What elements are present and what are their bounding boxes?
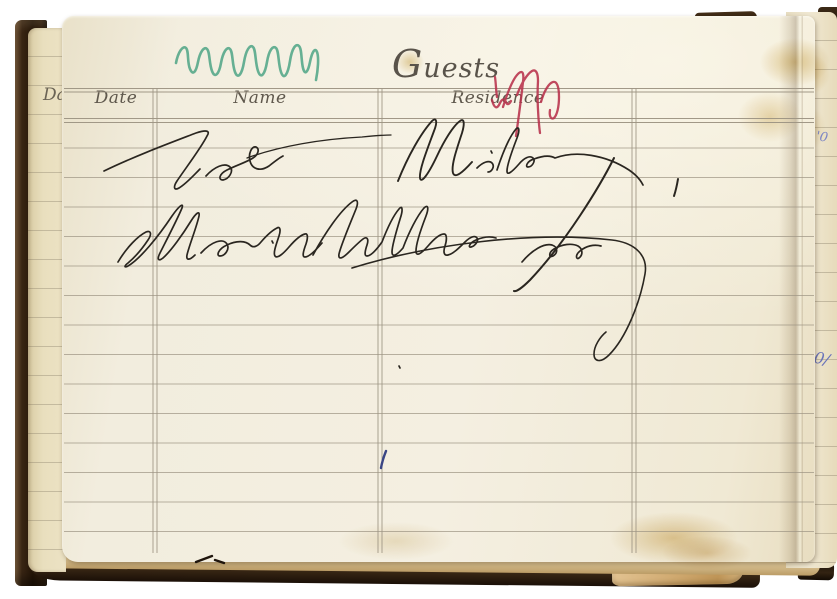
page-title: Guests: [384, 42, 508, 86]
underlying-page-left-edge: Da: [28, 28, 66, 572]
column-header-date: Date: [84, 88, 148, 114]
stain: [338, 522, 454, 560]
column-header-name: Name: [200, 88, 320, 114]
stain: [662, 536, 752, 570]
edge-annotation-note-1: '0: [815, 129, 829, 146]
guest-book-photo: Da '0 10/ Guests Date Name Residence: [0, 0, 837, 599]
page-crease: [779, 16, 803, 562]
guest-book-page: Guests Date Name Residence: [62, 16, 815, 562]
column-header-residence: Residence: [438, 88, 558, 114]
